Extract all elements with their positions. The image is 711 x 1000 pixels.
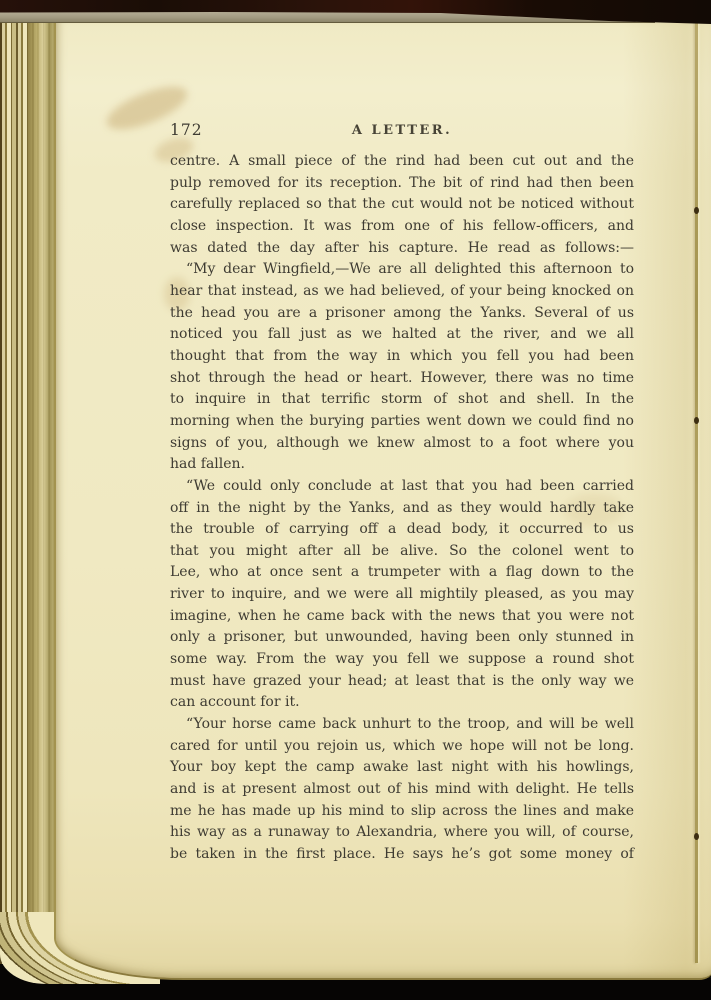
text-line: imagine, when he came back with the news…: [170, 606, 634, 628]
text-line: cared for until you rejoin us, which we …: [170, 736, 634, 758]
text-line: that you might after all be alive. So th…: [170, 541, 634, 563]
book-gutter-line: [695, 21, 698, 963]
paragraph: “My dear Wingfield,—We are all delighted…: [170, 259, 634, 476]
paragraph: “We could only conclude at last that you…: [170, 476, 634, 714]
text-line: close inspection. It was from one of his…: [170, 216, 634, 238]
text-line: Your boy kept the camp awake last night …: [170, 757, 634, 779]
paragraph: centre. A small piece of the rind had be…: [170, 151, 634, 259]
text-line: “We could only conclude at last that you…: [170, 476, 634, 498]
text-line: shot through the head or heart. However,…: [170, 368, 634, 390]
text-line: the head you are a prisoner among the Ya…: [170, 303, 634, 325]
text-line: Lee, who at once sent a trumpeter with a…: [170, 562, 634, 584]
text-line: off in the night by the Yanks, and as th…: [170, 498, 634, 520]
page-header: 172 A LETTER.: [170, 121, 634, 145]
text-line: had fallen.: [170, 454, 634, 476]
text-line: can account for it.: [170, 692, 634, 714]
text-line: and is at present almost out of his mind…: [170, 779, 634, 801]
text-line: to inquire in that terrific storm of sho…: [170, 389, 634, 411]
text-line: some way. From the way you fell we suppo…: [170, 649, 634, 671]
book-page-stack-band: [28, 12, 56, 964]
text-line: pulp removed for its reception. The bit …: [170, 173, 634, 195]
text-line: only a prisoner, but unwounded, having b…: [170, 627, 634, 649]
text-line: centre. A small piece of the rind had be…: [170, 151, 634, 173]
text-line: me he has made up his mind to slip acros…: [170, 801, 634, 823]
text-line: hear that instead, as we had believed, o…: [170, 281, 634, 303]
text-line: noticed you fall just as we halted at th…: [170, 324, 634, 346]
text-line: the trouble of carrying off a dead body,…: [170, 519, 634, 541]
text-line: must have grazed your head; at least tha…: [170, 671, 634, 693]
text-line: signs of you, although we knew almost to…: [170, 433, 634, 455]
scanned-book-page: 172 A LETTER. centre. A small piece of t…: [0, 0, 711, 1000]
stitch-mark: [694, 207, 699, 214]
page-text: centre. A small piece of the rind had be…: [170, 151, 634, 866]
text-line: “Your horse came back unhurt to the troo…: [170, 714, 634, 736]
text-line: thought that from the way in which you f…: [170, 346, 634, 368]
text-line: river to inquire, and we were all mighti…: [170, 584, 634, 606]
stitch-mark: [694, 833, 699, 840]
paragraph: “Your horse came back unhurt to the troo…: [170, 714, 634, 866]
text-line: his way as a runaway to Alexandria, wher…: [170, 822, 634, 844]
text-line: “My dear Wingfield,—We are all delighted…: [170, 259, 634, 281]
stitch-mark: [694, 417, 699, 424]
text-line: be taken in the first place. He says he’…: [170, 844, 634, 866]
book-page: 172 A LETTER. centre. A small piece of t…: [54, 21, 711, 980]
text-line: carefully replaced so that the cut would…: [170, 194, 634, 216]
text-line: morning when the burying parties went do…: [170, 411, 634, 433]
text-line: was dated the day after his capture. He …: [170, 238, 634, 260]
running-title: A LETTER.: [170, 123, 634, 138]
